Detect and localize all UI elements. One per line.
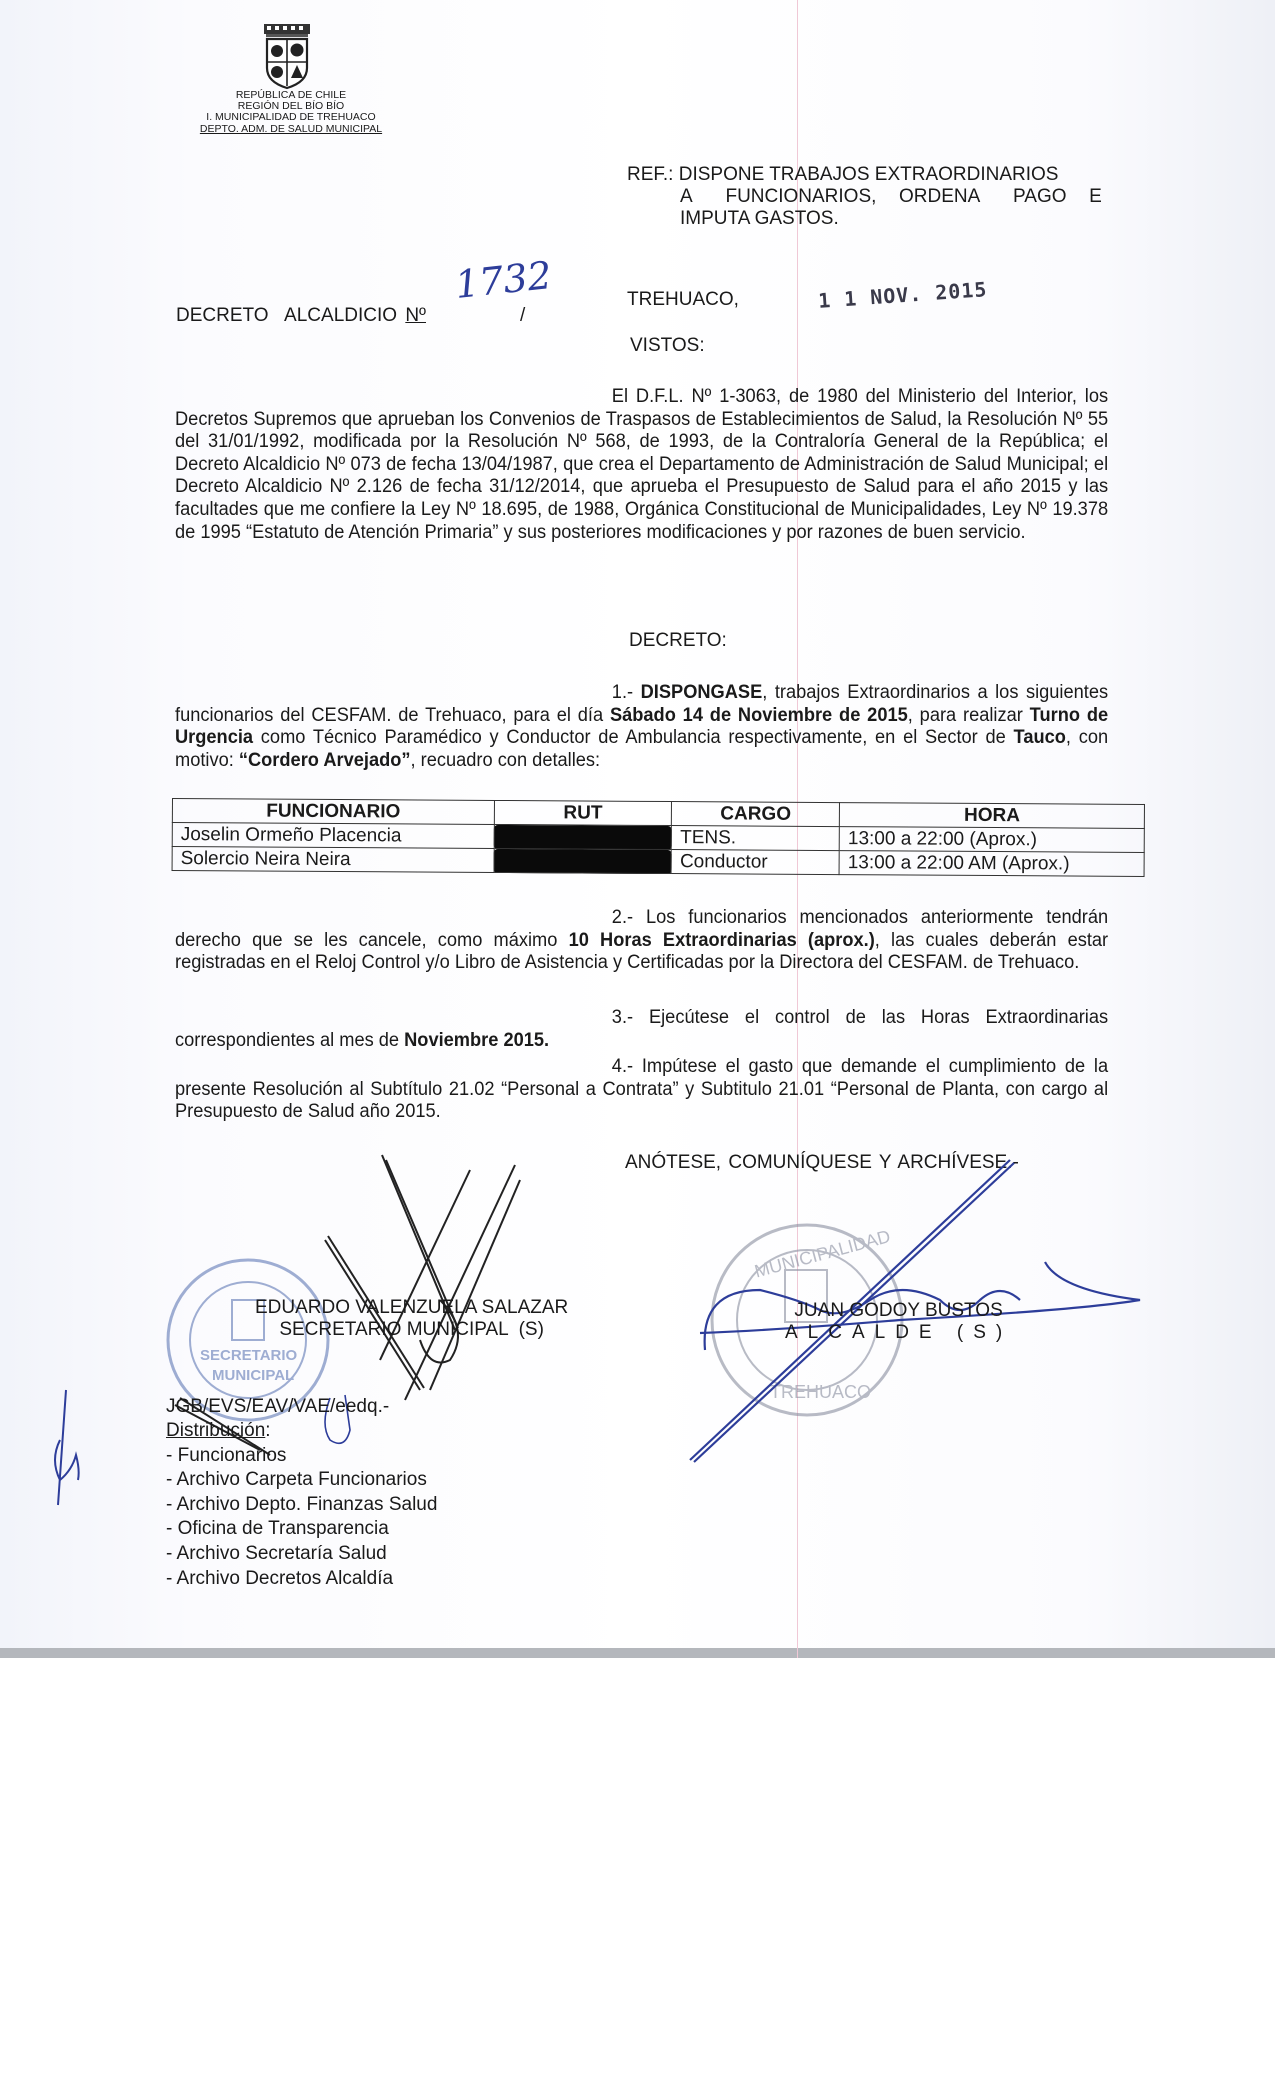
item-2-paragraph: 2.- Los funcionarios mencionados anterio… bbox=[175, 907, 1108, 975]
item-1-bold-motive: “Cordero Arvejado” bbox=[239, 750, 411, 771]
cell-funcionario: Joselin Ormeño Placencia bbox=[172, 823, 494, 849]
letterhead-department: DEPTO. ADM. DE SALUD MUNICIPAL bbox=[150, 124, 432, 135]
distribution-item: - Archivo Secretaría Salud bbox=[166, 1542, 437, 1567]
redacted-rut bbox=[494, 848, 672, 873]
item-1-text-e: , recuadro con detalles: bbox=[411, 750, 601, 771]
reference-block: REF.: DISPONE TRABAJOS EXTRAORDINARIOS A… bbox=[627, 164, 1102, 230]
item-1-bold-date: Sábado 14 de Noviembre de 2015 bbox=[610, 705, 908, 726]
item-1-text-b: , para realizar bbox=[908, 705, 1030, 726]
decree-number-label: DECRETO ALCALDICIO Nº/ bbox=[176, 305, 525, 327]
distribution-title: Distribución bbox=[166, 1420, 265, 1441]
item-1-bold-sector: Tauco bbox=[1014, 727, 1066, 748]
secretary-signature-block: EDUARDO VALENZUELA SALAZAR SECRETARIO MU… bbox=[255, 1297, 568, 1341]
cell-cargo: TENS. bbox=[672, 826, 840, 851]
item-1-text-c: como Técnico Paramédico y Conductor de A… bbox=[253, 727, 1013, 748]
cell-hora: 13:00 a 22:00 (Aprox.) bbox=[839, 827, 1144, 853]
header-cargo: CARGO bbox=[672, 802, 840, 827]
staff-table: FUNCIONARIO RUT CARGO HORA Joselin Ormeñ… bbox=[172, 798, 1145, 877]
item-1-paragraph: 1.- DISPONGASE, trabajos Extraordinarios… bbox=[175, 682, 1108, 772]
decreto-heading: DECRETO: bbox=[629, 630, 727, 652]
drafting-initials: JGB/EVS/EAV/VAE/eedq.- bbox=[166, 1396, 389, 1418]
item-2-bold-hours: 10 Horas Extraordinarias (aprox.) bbox=[569, 930, 875, 951]
place-label: TREHUACO, bbox=[627, 289, 739, 311]
decree-label: DECRETO ALCALDICIO bbox=[176, 305, 397, 326]
mayor-signature-block: JUAN GODOY BUSTOS ALCALDE (S) bbox=[785, 1300, 1012, 1344]
secretary-title: SECRETARIO MUNICIPAL (S) bbox=[255, 1319, 568, 1341]
distribution-item: - Funcionarios bbox=[166, 1444, 437, 1469]
cell-funcionario: Solercio Neira Neira bbox=[172, 847, 494, 873]
distribution-item: - Archivo Depto. Finanzas Salud bbox=[166, 1493, 437, 1518]
distribution-item: - Oficina de Transparencia bbox=[166, 1517, 437, 1542]
header-funcionario: FUNCIONARIO bbox=[172, 799, 494, 825]
item-3-paragraph: 3.- Ejecútese el control de las Horas Ex… bbox=[175, 1007, 1108, 1052]
mayor-name: JUAN GODOY BUSTOS bbox=[785, 1300, 1012, 1322]
letterhead-municipality: I. MUNICIPALIDAD DE TREHUACO bbox=[150, 112, 432, 123]
cell-hora: 13:00 a 22:00 AM (Aprox.) bbox=[839, 851, 1144, 877]
reference-line-1: DISPONE TRABAJOS EXTRAORDINARIOS bbox=[679, 164, 1059, 185]
item-3-bold-month: Noviembre 2015. bbox=[404, 1030, 549, 1051]
cell-cargo: Conductor bbox=[671, 850, 839, 875]
reference-label: REF.: bbox=[627, 164, 673, 185]
reference-line-3: IMPUTA GASTOS. bbox=[627, 208, 1102, 230]
distribution-item: - Archivo Decretos Alcaldía bbox=[166, 1567, 437, 1592]
decree-number-prefix: Nº bbox=[405, 305, 426, 326]
scan-bottom-edge bbox=[0, 1648, 1275, 1658]
mayor-title: ALCALDE (S) bbox=[785, 1322, 1012, 1344]
item-1-number: 1.- bbox=[612, 682, 633, 703]
header-rut: RUT bbox=[494, 800, 672, 825]
vistos-paragraph: El D.F.L. Nº 1-3063, de 1980 del Ministe… bbox=[175, 386, 1108, 544]
letterhead: REPÚBLICA DE CHILE REGIÓN DEL BÍO BÍO I.… bbox=[150, 90, 432, 135]
item-3-number: 3.- bbox=[612, 1007, 633, 1028]
redacted-rut bbox=[494, 824, 672, 849]
item-3-text: Ejecútese el control de las Horas Extrao… bbox=[175, 1007, 1108, 1051]
item-4-text: Impútese el gasto que demande el cumplim… bbox=[175, 1056, 1108, 1122]
vistos-heading: VISTOS: bbox=[630, 335, 705, 357]
distribution-list: Distribución: - Funcionarios - Archivo C… bbox=[166, 1419, 437, 1591]
reference-line-2: A FUNCIONARIOS, ORDENA PAGO E bbox=[627, 186, 1102, 208]
closing-formula: ANÓTESE, COMUNÍQUESE Y ARCHÍVESE.- bbox=[625, 1152, 1019, 1174]
header-hora: HORA bbox=[839, 803, 1144, 829]
distribution-item: - Archivo Carpeta Funcionarios bbox=[166, 1468, 437, 1493]
item-4-paragraph: 4.- Impútese el gasto que demande el cum… bbox=[175, 1056, 1108, 1124]
item-1-bold-disponese: DISPONGASE bbox=[641, 682, 763, 703]
decree-number-suffix: / bbox=[520, 305, 525, 327]
item-4-number: 4.- bbox=[612, 1056, 633, 1077]
secretary-name: EDUARDO VALENZUELA SALAZAR bbox=[255, 1297, 568, 1319]
item-2-number: 2.- bbox=[612, 907, 633, 928]
coat-of-arms-icon bbox=[258, 22, 316, 90]
